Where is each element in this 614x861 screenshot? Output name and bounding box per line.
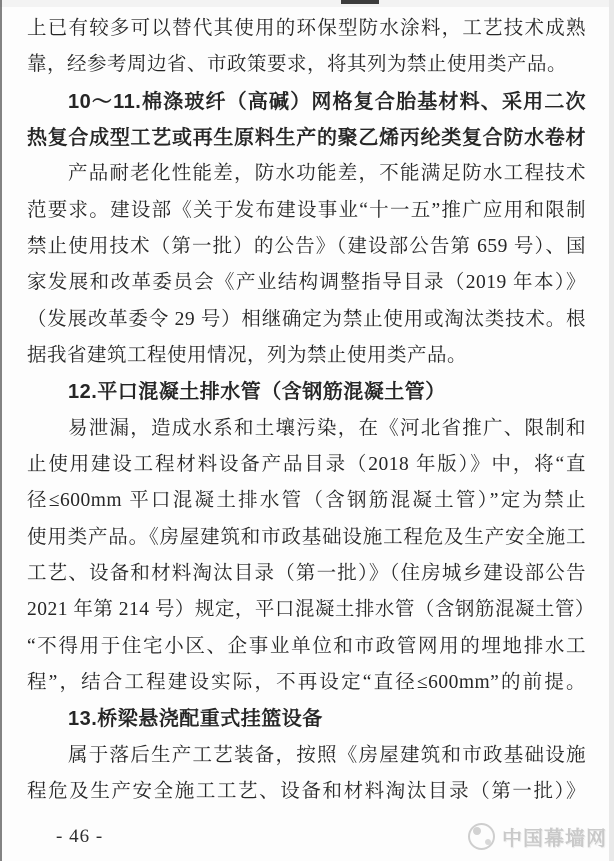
text-line: 2021 年第 214 号）规定，平口混凝土排水管（含钢筋混凝土管） bbox=[27, 592, 586, 628]
text-line: 范要求。建设部《关于发布建设事业“十一五”推广应用和限制 bbox=[27, 193, 586, 229]
text-line: 产品耐老化性能差，防水功能差，不能满足防水工程技术规 bbox=[27, 156, 586, 192]
text-line: 程危及生产安全施工工艺、设备和材料淘汰目录（第一批）》（住 bbox=[27, 774, 586, 810]
text-line: “不得用于住宅小区、企事业单位和市政管网用的埋地排水工 bbox=[27, 629, 586, 665]
section-heading-line: 热复合成型工艺或再生原料生产的聚乙烯丙纶类复合防水卷材 bbox=[27, 120, 586, 156]
text-line: 据我省建筑工程使用情况，列为禁止使用类产品。 bbox=[27, 338, 586, 374]
watermark-text: 中国幕墙网 bbox=[502, 822, 607, 851]
document-text-block: 上已有较多可以替代其使用的环保型防水涂料，工艺技术成熟可 靠，经参考周边省、市政… bbox=[27, 11, 586, 810]
scan-artifact-top-strip bbox=[0, 0, 614, 7]
text-line: 靠，经参考周边省、市政策要求，将其列为禁止使用类产品。 bbox=[27, 47, 586, 83]
scan-artifact-right-edge bbox=[609, 0, 614, 861]
text-line: 家发展和改革委员会《产业结构调整指导目录（2019 年本）》 bbox=[27, 265, 586, 301]
document-page: 上已有较多可以替代其使用的环保型防水涂料，工艺技术成熟可 靠，经参考周边省、市政… bbox=[0, 0, 614, 861]
section-heading-line: 13.桥梁悬浇配重式挂篮设备 bbox=[27, 701, 586, 737]
text-line: 上已有较多可以替代其使用的环保型防水涂料，工艺技术成熟可 bbox=[27, 11, 586, 47]
scan-artifact-left-edge bbox=[0, 0, 2, 861]
text-line: 径≤600mm 平口混凝土排水管（含钢筋混凝土管）”定为禁止 bbox=[27, 483, 586, 519]
page-number: - 46 - bbox=[56, 826, 103, 848]
site-logo-icon bbox=[468, 823, 495, 850]
text-line: 工艺、设备和材料淘汰目录（第一批）》（住房城乡建设部公告 bbox=[27, 556, 586, 592]
scan-artifact-top-mark bbox=[341, 0, 379, 4]
text-line: （发展改革委令 29 号）相继确定为禁止使用或淘汰类技术。根 bbox=[27, 302, 586, 338]
text-line: 止使用建设工程材料设备产品目录（2018 年版）》中，将“直 bbox=[27, 447, 586, 483]
text-line: 程”，结合工程建设实际，不再设定“直径≤600mm”的前提。 bbox=[27, 665, 586, 701]
watermark: 中国幕墙网 bbox=[468, 822, 607, 851]
text-line: 使用类产品。《房屋建筑和市政基础设施工程危及生产安全施工 bbox=[27, 520, 586, 556]
text-line: 易泄漏，造成水系和土壤污染，在《河北省推广、限制和禁 bbox=[27, 411, 586, 447]
section-heading-line: 10～11.棉涤玻纤（高碱）网格复合胎基材料、采用二次加 bbox=[27, 84, 586, 120]
section-heading-line: 12.平口混凝土排水管（含钢筋混凝土管） bbox=[27, 374, 586, 410]
text-line: 禁止使用技术（第一批）的公告》（建设部公告第 659 号）、国 bbox=[27, 229, 586, 265]
text-line: 属于落后生产工艺装备，按照《房屋建筑和市政基础设施工 bbox=[27, 738, 586, 774]
